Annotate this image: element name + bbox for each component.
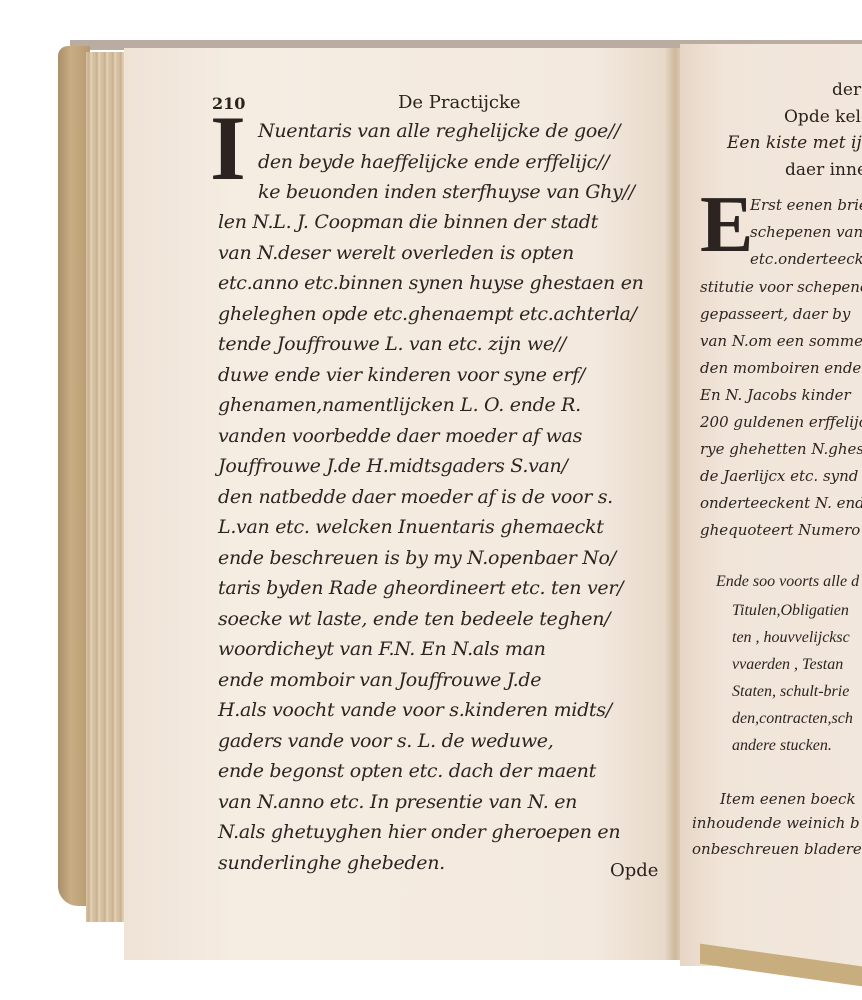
italic-block-first: Ende soo voorts alle d	[716, 568, 859, 595]
text-line: inhoudende weinich b	[692, 810, 862, 836]
text-line: Jouffrouwe J.de H.midtsgaders S.van/	[218, 451, 618, 482]
right-body: stitutie voor schepene gepasseert, daer …	[700, 274, 862, 544]
text-line: rye ghehetten N.ghes	[700, 436, 862, 463]
text-line: gaders vande voor s. L. de weduwe,	[218, 726, 618, 757]
right-heading-1: der N	[832, 80, 862, 100]
text-line: N.als ghetuyghen hier onder gheroepen en	[218, 817, 618, 848]
right-drop-cap: E	[700, 190, 753, 260]
text-line: ten , houvvelijcksc	[732, 624, 853, 651]
text-line: woordicheyt van F.N. En N.als man	[218, 634, 618, 665]
text-line: stitutie voor schepene	[700, 274, 862, 301]
text-line: vanden voorbedde daer moeder af was	[218, 421, 618, 452]
text-line: H.als voocht vande voor s.kinderen midts…	[218, 695, 618, 726]
text-line: gheleghen opde etc.ghenaempt etc.achterl…	[218, 299, 618, 330]
text-line: de Jaerlijcx etc. synd	[700, 463, 862, 490]
text-line: den momboiren ende	[700, 355, 862, 382]
text-line: etc.anno etc.binnen synen huyse ghestaen…	[218, 268, 618, 299]
right-heading-4: daer inne b	[785, 160, 862, 180]
text-line: ghequoteert Numero	[700, 517, 862, 544]
right-item-line: Item eenen boeck	[720, 786, 856, 813]
left-page-body-cont: len N.L. J. Coopman die binnen der stadt…	[218, 207, 618, 878]
text-line: den beyde haeffelijcke ende erffelijc//	[258, 147, 658, 178]
text-line: sunderlinghe ghebeden.	[218, 848, 618, 879]
text-line: tende Jouffrouwe L. van etc. zijn we//	[218, 329, 618, 360]
text-line: Erst eenen brie	[750, 192, 862, 219]
text-line: den,contracten,sch	[732, 705, 853, 732]
text-line: van N.anno etc. In presentie van N. en	[218, 787, 618, 818]
text-line: onderteeckent N. end	[700, 490, 862, 517]
text-line: etc.onderteecke	[750, 246, 862, 273]
text-line: L.van etc. welcken Inuentaris ghemaeckt	[218, 512, 618, 543]
text-line: ende momboir van Jouffrouwe J.de	[218, 665, 618, 696]
text-line: onbeschreuen bladeren	[692, 836, 862, 862]
text-line: den natbedde daer moeder af is de voor s…	[218, 482, 618, 513]
text-line: En N. Jacobs kinder	[700, 382, 862, 409]
right-body-top: Erst eenen brie schepenen van etc.ondert…	[750, 192, 862, 273]
running-head: De Practijcke	[398, 92, 521, 113]
text-line: ende beschreuen is by my N.openbaer No/	[218, 543, 618, 574]
right-heading-3: Een kiste met ijsere	[727, 133, 862, 153]
page-block-edges	[86, 52, 126, 922]
left-page-body: Nuentaris van alle reghelijcke de goe// …	[258, 116, 658, 208]
text-line: ke beuonden inden sterfhuyse van Ghy//	[258, 177, 658, 208]
text-line: ende begonst opten etc. dach der maent	[218, 756, 618, 787]
catchword: Opde	[610, 860, 658, 881]
right-heading-2: Opde kelde	[784, 107, 862, 127]
text-line: vvaerden , Testan	[732, 651, 853, 678]
text-line: van N.deser werelt overleden is opten	[218, 238, 618, 269]
italic-block: Titulen,Obligatien ten , houvvelijcksc v…	[732, 597, 853, 759]
text-line: 200 guldenen erffelijc	[700, 409, 862, 436]
text-line: taris byden Rade gheordineert etc. ten v…	[218, 573, 618, 604]
text-line: Staten, schult-brie	[732, 678, 853, 705]
text-line: len N.L. J. Coopman die binnen der stadt	[218, 207, 618, 238]
text-line: Nuentaris van alle reghelijcke de goe//	[258, 116, 658, 147]
text-line: gepasseert, daer by	[700, 301, 862, 328]
open-book-photo: 210 De Practijcke I Nuentaris van alle r…	[0, 0, 862, 1000]
text-line: duwe ende vier kinderen voor syne erf/	[218, 360, 618, 391]
text-line: ghenamen,namentlijcken L. O. ende R.	[218, 390, 618, 421]
text-line: Titulen,Obligatien	[732, 597, 853, 624]
text-line: soecke wt laste, ende ten bedeele teghen…	[218, 604, 618, 635]
drop-cap-initial: I	[210, 108, 246, 188]
text-line: schepenen van	[750, 219, 862, 246]
right-bottom: inhoudende weinich b onbeschreuen blader…	[692, 810, 862, 862]
text-line: van N.om een somme	[700, 328, 862, 355]
right-page-content: der N Opde kelde Een kiste met ijsere da…	[680, 0, 862, 1000]
text-line: andere stucken.	[732, 732, 853, 759]
